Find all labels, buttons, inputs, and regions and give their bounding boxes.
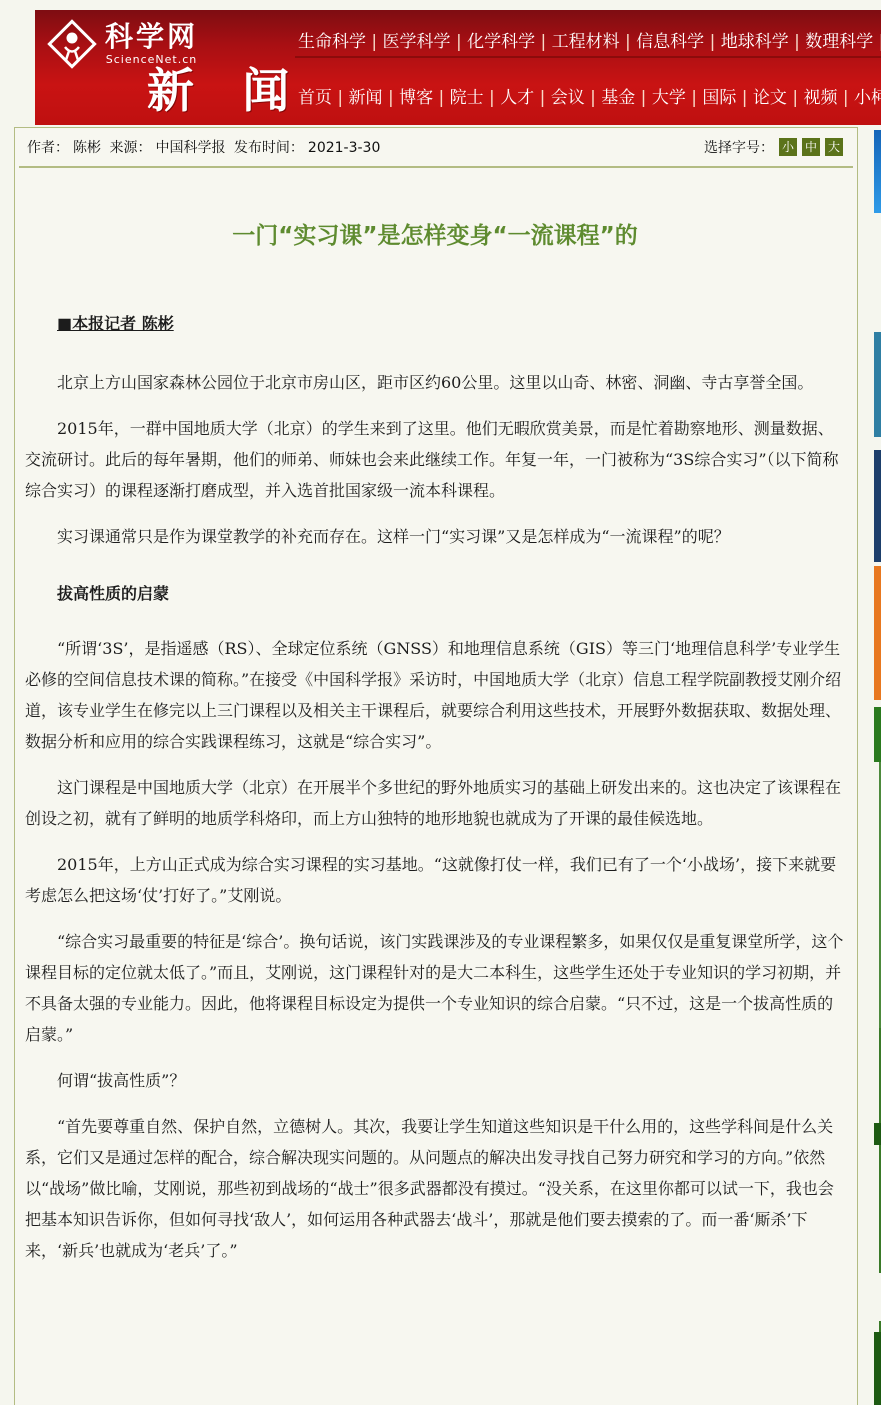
article-title: 一门“实习课”是怎样变身“一流课程”的 — [25, 220, 845, 252]
font-size-button[interactable]: 大 — [825, 138, 843, 156]
nav-separator: | — [535, 32, 552, 52]
sidebar-fragment-teal — [874, 332, 881, 437]
nav-separator: | — [484, 88, 501, 108]
nav-link[interactable]: 人才 — [500, 88, 534, 108]
nav-separator: | — [534, 88, 551, 108]
content-column: 作者：陈彬 来源：中国科学报 发布时间：2021-3-30 选择字号： 小中大 … — [14, 127, 858, 1405]
news-section-title: 新 闻 — [147, 54, 305, 121]
nav-link[interactable]: 信息科学 — [636, 32, 704, 52]
nav-link[interactable]: 生命科学 — [298, 32, 366, 52]
sciencenet-logo-icon — [43, 15, 101, 73]
article-paragraph: 2015年，上方山正式成为综合实习课程的实习基地。“这就像打仗一样，我们已有了一… — [25, 849, 845, 911]
nav-link[interactable]: 地球科学 — [721, 32, 789, 52]
article-paragraph: “首先要尊重自然、保护自然，立德树人。其次，我要让学生知道这些知识是干什么用的，… — [25, 1111, 845, 1266]
nav-separator: | — [787, 88, 804, 108]
nav-link[interactable]: 院士 — [450, 88, 484, 108]
nav-link[interactable]: 化学科学 — [467, 32, 535, 52]
nav-separator: | — [585, 88, 602, 108]
secondary-nav: 首页 | 新闻 | 博客 | 院士 | 人才 | 会议 | 基金 | 大学 | … — [298, 83, 881, 108]
nav-link[interactable]: 会议 — [551, 88, 585, 108]
sidebar-fragment-navy — [874, 450, 881, 562]
nav-separator: | — [620, 32, 637, 52]
primary-nav: 生命科学 | 医学科学 | 化学科学 | 工程材料 | 信息科学 | 地球科学 … — [298, 27, 881, 52]
sidebar-fragment-orange — [874, 566, 881, 700]
source-label: 来源： — [109, 140, 151, 156]
font-size-chooser: 选择字号： 小中大 — [704, 137, 843, 157]
font-size-buttons: 小中大 — [774, 138, 843, 156]
nav-separator: | — [873, 32, 881, 52]
article-paragraph: 这门课程是中国地质大学（北京）在开展半个多世纪的野外地质实习的基础上研发出来的。… — [25, 772, 845, 834]
nav-separator: | — [332, 88, 349, 108]
nav-link[interactable]: 大学 — [652, 88, 686, 108]
article-byline: ■本报记者 陈彬 — [25, 308, 845, 339]
nav-divider — [295, 56, 881, 58]
article-paragraph: “综合实习最重要的特征是‘综合’。换句话说，该门实践课涉及的专业课程繁多，如果仅… — [25, 926, 845, 1050]
sidebar-fragment-blue — [874, 130, 881, 213]
nav-link[interactable]: 国际 — [702, 88, 736, 108]
article-meta-bar: 作者：陈彬 来源：中国科学报 发布时间：2021-3-30 选择字号： 小中大 — [19, 128, 853, 168]
font-size-button[interactable]: 小 — [779, 138, 797, 156]
font-size-label: 选择字号： — [704, 137, 774, 157]
nav-separator: | — [383, 88, 400, 108]
article-paragraph: 何谓“拔高性质”？ — [25, 1065, 845, 1096]
nav-link[interactable]: 小柯机器人 — [854, 88, 881, 108]
section-heading: 拔高性质的启蒙 — [25, 578, 845, 609]
publish-date: 2021-3-30 — [308, 140, 380, 156]
nav-link[interactable]: 视频 — [803, 88, 837, 108]
font-size-button[interactable]: 中 — [802, 138, 820, 156]
article-paragraph: 北京上方山国家森林公园位于北京市房山区，距市区约60公里。这里以山奇、林密、洞幽… — [25, 367, 845, 398]
article-body: ■本报记者 陈彬北京上方山国家森林公园位于北京市房山区，距市区约60公里。这里以… — [25, 308, 845, 1266]
nav-link[interactable]: 新闻 — [349, 88, 383, 108]
nav-separator: | — [366, 32, 383, 52]
nav-link[interactable]: 医学科学 — [383, 32, 451, 52]
author-label: 作者： — [27, 140, 69, 156]
author-name: 陈彬 — [73, 140, 101, 156]
nav-separator: | — [635, 88, 652, 108]
nav-link[interactable]: 博客 — [399, 88, 433, 108]
nav-link[interactable]: 首页 — [298, 88, 332, 108]
nav-link[interactable]: 数理科学 — [805, 32, 873, 52]
nav-link[interactable]: 基金 — [601, 88, 635, 108]
nav-link[interactable]: 工程材料 — [552, 32, 620, 52]
nav-separator: | — [837, 88, 854, 108]
article-paragraph: 实习课通常只是作为课堂教学的补充而存在。这样一门“实习课”又是怎样成为“一流课程… — [25, 521, 845, 552]
sidebar-fragment-box-header — [874, 1123, 881, 1145]
nav-link[interactable]: 论文 — [753, 88, 787, 108]
article-paragraph: “所谓‘3S’，是指遥感（RS）、全球定位系统（GNSS）和地理信息系统（GIS… — [25, 633, 845, 757]
nav-separator: | — [451, 32, 468, 52]
sidebar-fragment-green — [874, 707, 881, 762]
nav-separator: | — [789, 32, 806, 52]
site-banner: 科学网 ScienceNet.cn 新 闻 生命科学 | 医学科学 | 化学科学… — [35, 10, 881, 125]
source-name[interactable]: 中国科学报 — [155, 140, 225, 156]
site-name: 科学网 — [105, 23, 198, 51]
article-meta: 作者：陈彬 来源：中国科学报 发布时间：2021-3-30 — [27, 137, 384, 157]
publish-label: 发布时间： — [234, 140, 304, 156]
nav-separator: | — [686, 88, 703, 108]
nav-separator: | — [433, 88, 450, 108]
article: 一门“实习课”是怎样变身“一流课程”的 ■本报记者 陈彬北京上方山国家森林公园位… — [15, 220, 857, 1266]
article-paragraph: 2015年，一群中国地质大学（北京）的学生来到了这里。他们无暇欣赏美景，而是忙着… — [25, 413, 845, 506]
nav-separator: | — [704, 32, 721, 52]
sidebar-fragment-box-header — [874, 1332, 881, 1405]
nav-separator: | — [736, 88, 753, 108]
